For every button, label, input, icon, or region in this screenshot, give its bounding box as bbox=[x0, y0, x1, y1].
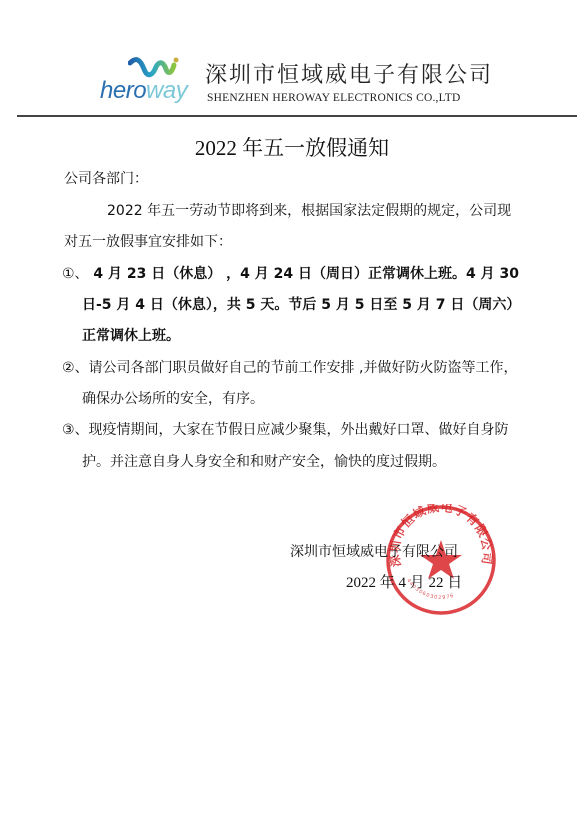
company-name-en: SHENZHEN HEROWAY ELECTRONICS CO.,LTD bbox=[207, 92, 461, 104]
item-3-line-1: ③、现疫情期间，大家在节假日应减少聚集，外出戴好口罩、做好自身防 bbox=[62, 419, 509, 439]
item-2-text: 、请公司各部门职员做好自己的节前工作安排 ,并做好防火防盗等工作， bbox=[75, 360, 518, 376]
item-1-line-3: 正常调休上班。 bbox=[82, 325, 180, 345]
item-1-marker: ①、 bbox=[62, 266, 89, 282]
item-1-line-1: ①、 4 月 23 日（休息） ，4 月 24 日（周日）正常调休上班。4 月 … bbox=[62, 263, 519, 283]
intro-line-1: 2022 年五一劳动节即将到来，根据国家法定假期的规定，公司现 bbox=[107, 200, 511, 220]
intro-line-2: 对五一放假事宜安排如下： bbox=[64, 231, 232, 251]
item-3-text: 、现疫情期间，大家在节假日应减少聚集，外出戴好口罩、做好自身防 bbox=[75, 422, 509, 438]
heroway-logo: heroway bbox=[100, 55, 192, 107]
salutation: 公司各部门： bbox=[64, 168, 148, 188]
item-3-marker: ③ bbox=[62, 422, 75, 438]
document-title: 2022 年五一放假通知 bbox=[0, 132, 584, 162]
header-divider bbox=[17, 115, 577, 117]
logo-wordmark: heroway bbox=[100, 77, 187, 105]
signature-company: 深圳市恒域威电子有限公司 bbox=[290, 541, 458, 561]
logo-text-hero: hero bbox=[100, 77, 146, 104]
item-2-marker: ② bbox=[62, 360, 75, 376]
item-2-line-2: 确保办公场所的安全，有序。 bbox=[82, 388, 264, 408]
item-1-text: 4 月 23 日（休息） ，4 月 24 日（周日）正常调休上班。4 月 30 bbox=[89, 266, 519, 282]
item-1-line-2: 日-5 月 4 日（休息），共 5 天。节后 5 月 5 日至 5 月 7 日（… bbox=[82, 294, 520, 314]
company-name-cn: 深圳市恒域威电子有限公司 bbox=[205, 58, 493, 89]
item-2-line-1: ②、请公司各部门职员做好自己的节前工作安排 ,并做好防火防盗等工作， bbox=[62, 357, 517, 377]
signature-date: 2022 年 4 月 22 日 bbox=[346, 571, 462, 592]
item-3-line-2: 护。并注意自身人身安全和和财产安全，愉快的度过假期。 bbox=[82, 451, 446, 471]
logo-text-way: way bbox=[146, 77, 187, 104]
